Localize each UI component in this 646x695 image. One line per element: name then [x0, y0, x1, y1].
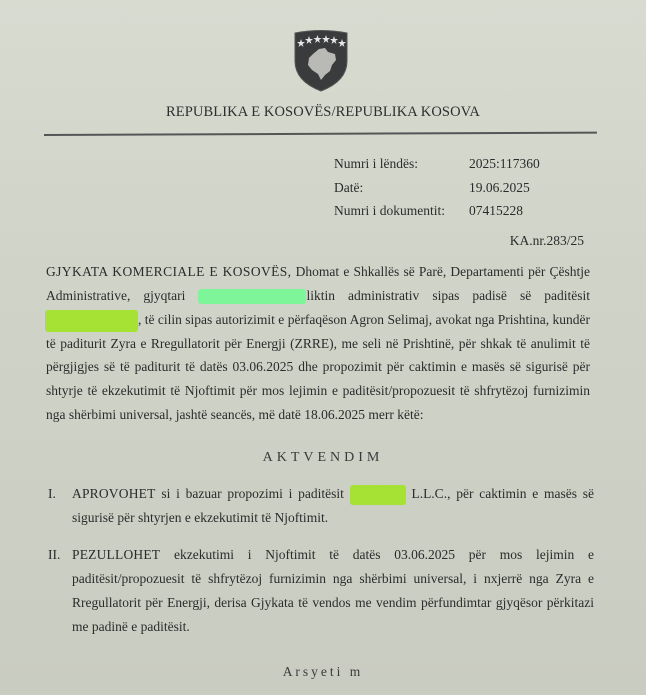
date-label: Datë:: [334, 176, 469, 200]
kosovo-emblem-icon: [292, 27, 350, 93]
document-number-value: 07415228: [469, 199, 523, 223]
case-number-label: Numri i lëndës:: [334, 152, 469, 176]
ruling-item-2: II. PEZULLOHET ekzekutimi i Njoftimit të…: [48, 543, 594, 639]
meta-row-case-number: Numri i lëndës: 2025:117360: [334, 152, 540, 176]
item-body: APROVOHET si i bazuar propozimi i paditë…: [72, 482, 594, 530]
court-name: GJYKATA KOMERCIALE E KOSOVËS,: [46, 264, 291, 279]
arsyetim-heading: Arsyeti m: [0, 664, 646, 680]
redaction-plaintiff-name: [45, 310, 138, 332]
meta-row-document-number: Numri i dokumentit: 07415228: [334, 199, 540, 223]
header-divider: [44, 132, 597, 136]
aktvendim-heading: AKTVENDIM: [0, 450, 646, 466]
item-keyword: PEZULLOHET: [72, 547, 160, 562]
item-body: PEZULLOHET ekzekutimi i Njoftimit të dat…: [72, 543, 594, 639]
document-page: REPUBLIKA E KOSOVËS/REPUBLIKA KOSOVA Num…: [0, 0, 646, 695]
item-keyword: APROVOHET: [72, 486, 156, 501]
date-value: 19.06.2025: [469, 176, 530, 200]
meta-row-date: Datë: 19.06.2025: [334, 176, 540, 200]
redaction-company-name: [350, 485, 406, 505]
republic-heading: REPUBLIKA E KOSOVËS/REPUBLIKA KOSOVA: [0, 104, 646, 121]
intro-paragraph: GJYKATA KOMERCIALE E KOSOVËS, Dhomat e S…: [46, 260, 590, 427]
intro-text-2: liktin administrativ sipas padisë së pad…: [306, 288, 590, 303]
item-number: I.: [48, 482, 72, 530]
document-metadata: Numri i lëndës: 2025:117360 Datë: 19.06.…: [334, 152, 540, 223]
case-number-value: 2025:117360: [469, 152, 540, 176]
case-reference: KA.nr.283/25: [510, 233, 584, 249]
redaction-judge-name: [198, 289, 306, 304]
ruling-item-1: I. APROVOHET si i bazuar propozimi i pad…: [48, 482, 594, 530]
item-text-before: si i bazuar propozimi i paditësit: [156, 486, 350, 501]
item-number: II.: [48, 543, 72, 639]
document-number-label: Numri i dokumentit:: [334, 199, 469, 223]
